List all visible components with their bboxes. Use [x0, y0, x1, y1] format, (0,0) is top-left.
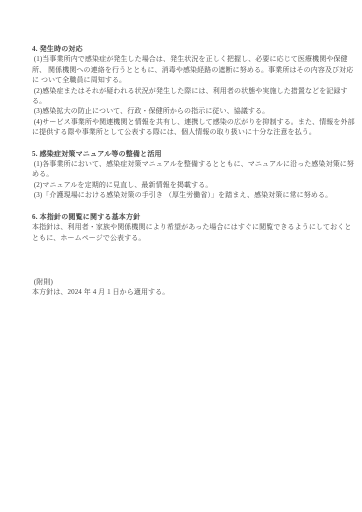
body-line: (3)感染拡大の防止について、行政・保健所からの指示に従い、協議する。: [32, 106, 334, 116]
body-line: (1)各事業所において、感染症対策マニュアルを整備するとともに、マニュアルに沿っ…: [32, 159, 334, 169]
section-heading: 6. 本指針の閲覧に関する基本方針: [32, 212, 334, 222]
section-heading: 4. 発生時の対応: [32, 44, 334, 54]
body-line: (3)「介護現場における感染対策の手引き （厚生労働省）」を踏まえ、感染対策に常…: [32, 190, 334, 200]
body-line: (2)マニュアルを定期的に見直し、最新情報を掲載する。: [32, 180, 334, 190]
body-line: ともに、ホームページで公表する。: [32, 233, 334, 243]
document-content: 4. 発生時の対応 (1)当事業所内で感染症が発生した場合は、発生状況を正しく把…: [0, 0, 362, 298]
appendix: (附則) 本方針は、2024 年 4 月 1 日から適用する。: [32, 277, 334, 298]
section-outbreak-response: 4. 発生時の対応 (1)当事業所内で感染症が発生した場合は、発生状況を正しく把…: [32, 44, 334, 138]
body-line: に提供する際や事業所として公表する際には、個人情報の取り扱いに十分な注意を払う。: [32, 127, 334, 137]
body-line: に ついて全職員に周知する。: [32, 75, 334, 85]
section-policy-access: 6. 本指針の閲覧に関する基本方針 本指針は、利用者・家族や関係機関により希望が…: [32, 212, 334, 243]
body-line: 所、 関係機関への連絡を行うとともに、消毒や感染経路の遮断に努める。事業所はその…: [32, 65, 334, 75]
body-line: る。: [32, 96, 334, 106]
appendix-label: (附則): [32, 277, 334, 287]
document-page: 4. 発生時の対応 (1)当事業所内で感染症が発生した場合は、発生状況を正しく把…: [0, 0, 362, 512]
body-line: 本指針は、利用者・家族や関係機関により希望があった場合にはすぐに閲覧できるように…: [32, 222, 334, 232]
body-line: (2)感染症またはそれが疑われる状況が発生した際には、利用者の状態や実施した措置…: [32, 86, 334, 96]
section-heading: 5. 感染症対策マニュアル等の整備と活用: [32, 149, 334, 159]
body-line: める。: [32, 169, 334, 179]
body-line: (1)当事業所内で感染症が発生した場合は、発生状況を正しく把握し、必要に応じて医…: [32, 54, 334, 64]
appendix-body-line: 本方針は、2024 年 4 月 1 日から適用する。: [32, 287, 334, 297]
body-line: (4)サービス事業所や関連機関と情報を共有し、連携して感染の広がりを抑制する。ま…: [32, 117, 334, 127]
section-manual-maintenance: 5. 感染症対策マニュアル等の整備と活用 (1)各事業所において、感染症対策マニ…: [32, 149, 334, 201]
